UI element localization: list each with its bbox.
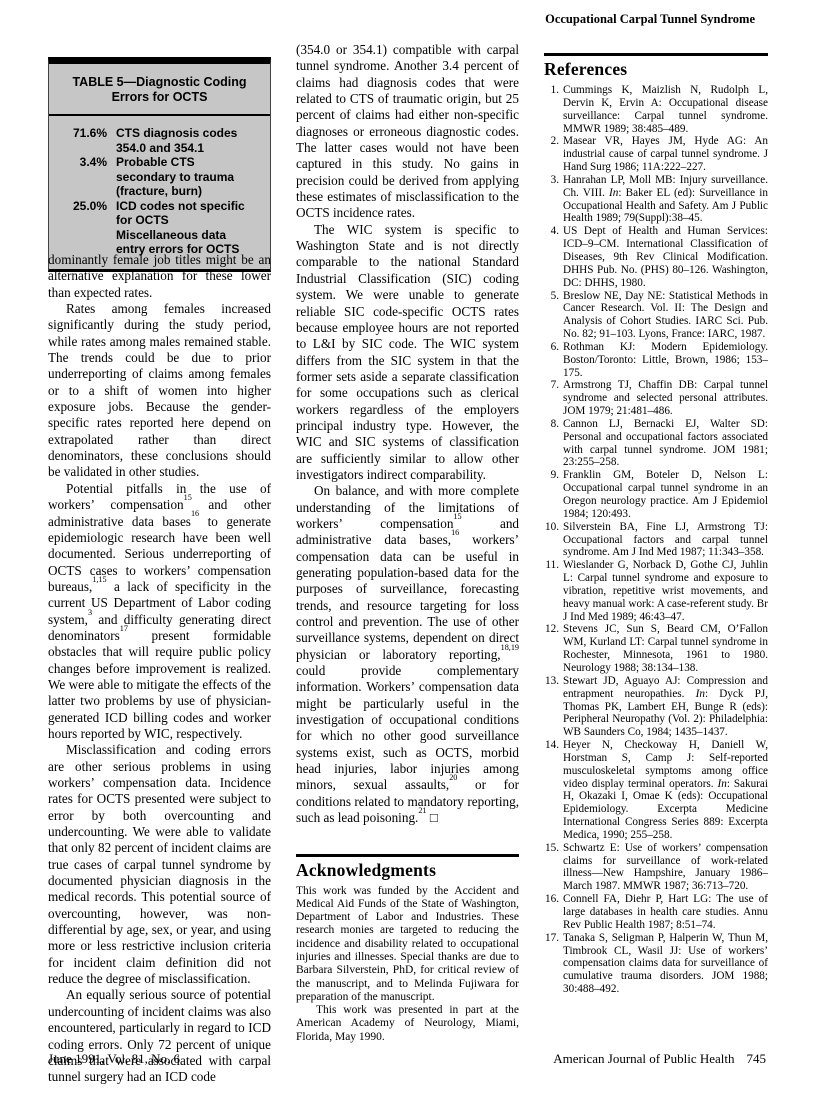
- paragraph: Potential pitfalls in the use of workers…: [48, 481, 271, 743]
- left-column: dominantly female job titles might be an…: [48, 252, 271, 1086]
- row-percent: 25.0%: [49, 199, 107, 228]
- reference-number: 13.: [544, 675, 563, 739]
- reference-number: 1.: [544, 84, 563, 135]
- reference-list: 1.Cummings K, Maizlish N, Rudolph L, Der…: [544, 84, 768, 996]
- reference-text: Breslow NE, Day NE: Statistical Methods …: [563, 290, 768, 341]
- acknowledgments-heading: Acknowledgments: [296, 860, 519, 881]
- reference-text: Stevens JC, Sun S, Beard CM, O’Fallon WM…: [563, 623, 768, 674]
- footer-issue-info: June 1991, Vol. 81, No. 6: [48, 1051, 180, 1067]
- paragraph: An equally serious source of potential u…: [48, 987, 271, 1085]
- paragraph: dominantly female job titles might be an…: [48, 252, 271, 301]
- reference-item: 3.Hanrahan LP, Moll MB: Injury surveilla…: [544, 174, 768, 225]
- paragraph: This work was funded by the Accident and…: [296, 885, 519, 1005]
- references-section: References 1.Cummings K, Maizlish N, Rud…: [544, 53, 768, 996]
- reference-text: Schwartz E: Use of workers’ compensation…: [563, 842, 768, 893]
- reference-number: 7.: [544, 379, 563, 418]
- page-number: 745: [747, 1051, 767, 1066]
- reference-item: 9.Franklin GM, Boteler D, Nelson L: Occu…: [544, 469, 768, 520]
- reference-text: Hanrahan LP, Moll MB: Injury surveillanc…: [563, 174, 768, 225]
- reference-text: Wieslander G, Norback D, Gothe CJ, Juhli…: [563, 559, 768, 623]
- table-body: 71.6%CTS diagnosis codes 354.0 and 354.1…: [49, 116, 270, 269]
- reference-text: Cummings K, Maizlish N, Rudolph L, Dervi…: [563, 84, 768, 135]
- reference-text: Rothman KJ: Modern Epidemiology. Boston/…: [563, 341, 768, 380]
- row-description: Probable CTS secondary to trauma (fractu…: [107, 155, 262, 199]
- row-description: ICD codes not specific for OCTS: [107, 199, 262, 228]
- reference-number: 11.: [544, 559, 563, 623]
- reference-item: 5.Breslow NE, Day NE: Statistical Method…: [544, 290, 768, 341]
- reference-item: 6.Rothman KJ: Modern Epidemiology. Bosto…: [544, 341, 768, 380]
- reference-item: 14.Heyer N, Checkoway H, Daniell W, Hors…: [544, 739, 768, 842]
- reference-text: Masear VR, Hayes JM, Hyde AG: An industr…: [563, 135, 768, 174]
- reference-number: 16.: [544, 893, 563, 932]
- reference-item: 12.Stevens JC, Sun S, Beard CM, O’Fallon…: [544, 623, 768, 674]
- row-percent: 71.6%: [49, 126, 107, 155]
- reference-item: 4.US Dept of Health and Human Services: …: [544, 225, 768, 289]
- middle-column: (354.0 or 354.1) compatible with carpal …: [296, 42, 519, 1044]
- reference-item: 10.Silverstein BA, Fine LJ, Armstrong TJ…: [544, 521, 768, 560]
- reference-number: 15.: [544, 842, 563, 893]
- reference-number: 2.: [544, 135, 563, 174]
- reference-number: 12.: [544, 623, 563, 674]
- reference-number: 4.: [544, 225, 563, 289]
- reference-number: 8.: [544, 418, 563, 469]
- reference-number: 10.: [544, 521, 563, 560]
- footer-journal-info: American Journal of Public Health745: [553, 1051, 766, 1067]
- reference-number: 9.: [544, 469, 563, 520]
- reference-text: Franklin GM, Boteler D, Nelson L: Occupa…: [563, 469, 768, 520]
- reference-number: 6.: [544, 341, 563, 380]
- reference-item: 8.Cannon LJ, Bernacki EJ, Walter SD: Per…: [544, 418, 768, 469]
- reference-item: 1.Cummings K, Maizlish N, Rudolph L, Der…: [544, 84, 768, 135]
- reference-item: 15.Schwartz E: Use of workers’ compensat…: [544, 842, 768, 893]
- reference-item: 16.Connell FA, Diehr P, Hart LG: The use…: [544, 893, 768, 932]
- row-description: CTS diagnosis codes 354.0 and 354.1: [107, 126, 262, 155]
- row-percent: 3.4%: [49, 155, 107, 199]
- reference-text: Tanaka S, Seligman P, Halperin W, Thun M…: [563, 932, 768, 996]
- paragraph: Rates among females increased significan…: [48, 301, 271, 481]
- paragraph: The WIC system is specific to Washington…: [296, 222, 519, 484]
- reference-item: 11.Wieslander G, Norback D, Gothe CJ, Ju…: [544, 559, 768, 623]
- table-title: TABLE 5—Diagnostic Coding Errors for OCT…: [49, 64, 270, 116]
- references-heading: References: [544, 59, 768, 80]
- acknowledgments-text: This work was funded by the Accident and…: [296, 885, 519, 1045]
- reference-number: 14.: [544, 739, 563, 842]
- reference-text: Heyer N, Checkoway H, Daniell W, Horstma…: [563, 739, 768, 842]
- reference-text: Silverstein BA, Fine LJ, Armstrong TJ: O…: [563, 521, 768, 560]
- acknowledgments-rule: [296, 854, 519, 857]
- reference-item: 13.Stewart JD, Aguayo AJ: Compression an…: [544, 675, 768, 739]
- footer-journal-name: American Journal of Public Health: [553, 1051, 734, 1066]
- paragraph: On balance, and with more complete under…: [296, 483, 519, 826]
- table-5-diagnostic-coding-errors: TABLE 5—Diagnostic Coding Errors for OCT…: [48, 57, 271, 272]
- running-head-title: Occupational Carpal Tunnel Syndrome: [545, 12, 755, 27]
- paragraph: This work was presented in part at the A…: [296, 1004, 519, 1044]
- references-rule: [544, 53, 768, 56]
- paragraph: (354.0 or 354.1) compatible with carpal …: [296, 42, 519, 222]
- paragraph: Misclassification and coding errors are …: [48, 742, 271, 987]
- reference-number: 3.: [544, 174, 563, 225]
- reference-text: Cannon LJ, Bernacki EJ, Walter SD: Perso…: [563, 418, 768, 469]
- reference-number: 17.: [544, 932, 563, 996]
- middle-column-text: (354.0 or 354.1) compatible with carpal …: [296, 42, 519, 827]
- table-row: 25.0%ICD codes not specific for OCTS: [49, 199, 262, 228]
- reference-text: Armstrong TJ, Chaffin DB: Carpal tunnel …: [563, 379, 768, 418]
- reference-text: Stewart JD, Aguayo AJ: Compression and e…: [563, 675, 768, 739]
- reference-number: 5.: [544, 290, 563, 341]
- reference-item: 17.Tanaka S, Seligman P, Halperin W, Thu…: [544, 932, 768, 996]
- table-row: 3.4%Probable CTS secondary to trauma (fr…: [49, 155, 262, 199]
- reference-text: Connell FA, Diehr P, Hart LG: The use of…: [563, 893, 768, 932]
- acknowledgments-section: Acknowledgments This work was funded by …: [296, 854, 519, 1045]
- journal-page: Occupational Carpal Tunnel Syndrome TABL…: [0, 0, 816, 1102]
- reference-item: 7.Armstrong TJ, Chaffin DB: Carpal tunne…: [544, 379, 768, 418]
- table-row: 71.6%CTS diagnosis codes 354.0 and 354.1: [49, 126, 262, 155]
- reference-item: 2.Masear VR, Hayes JM, Hyde AG: An indus…: [544, 135, 768, 174]
- reference-text: US Dept of Health and Human Services: IC…: [563, 225, 768, 289]
